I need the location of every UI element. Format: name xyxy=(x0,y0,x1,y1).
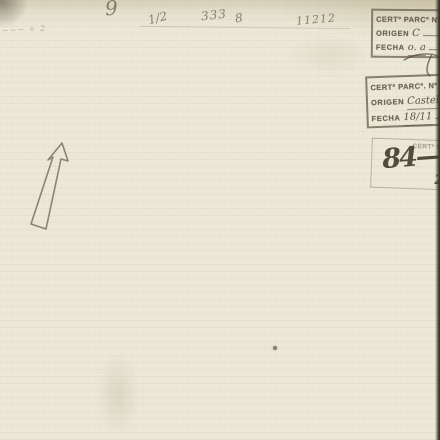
scanned-document-page: 9 1/2 333 8 11212 ~~~ + 2 CERTº PARCº Nº… xyxy=(0,0,440,440)
stamp1-origin-handwriting: C xyxy=(412,27,420,41)
stamp1-date-label: FECHA xyxy=(376,41,405,55)
stamp2-date-label: FECHA xyxy=(371,110,400,126)
pencil-page-number: 9 xyxy=(104,0,118,20)
pencil-mark-number-b: 8 xyxy=(234,11,244,26)
rubber-stamp-2: CERTº PARCº. Nº 3 ORIGEN Castel FECHA 18… xyxy=(365,74,440,129)
paper-crease-line xyxy=(140,26,350,29)
page-edge-shadow xyxy=(435,0,440,440)
pencil-mark-number-a: 333 xyxy=(200,7,227,24)
pencil-corner-scribble: ~~~ + 2 xyxy=(2,24,46,35)
up-arrow-outline xyxy=(28,138,74,244)
stamp2-origin-label: ORIGEN xyxy=(371,94,405,110)
stamp3-ink-scrawl: 84— xyxy=(381,140,440,175)
stamp2-date-handwriting: 18/11 xyxy=(403,109,432,126)
stamp1-title: CERTº PARCº Nº xyxy=(376,13,440,28)
hand-drawn-up-arrow-icon xyxy=(28,138,74,244)
pencil-mark-fraction: 1/2 xyxy=(147,9,169,27)
ink-speck xyxy=(273,346,277,350)
rubber-stamp-3: CERTº Nº 84— 2 xyxy=(370,138,440,191)
pencil-mark-number-c: 11212 xyxy=(296,11,337,27)
stamp1-origin-label: ORIGEN xyxy=(376,27,409,41)
